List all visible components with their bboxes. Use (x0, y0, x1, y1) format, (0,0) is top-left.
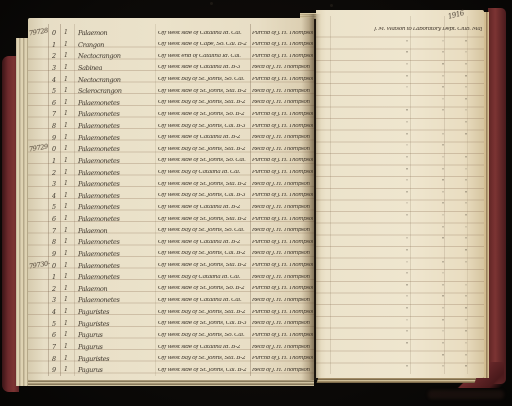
row-locality: Off west bay of St. Johns, So. Cal. (158, 333, 251, 339)
ditto-mark: " (442, 331, 444, 337)
row-locality: Off west side of Catalina Id. B-2 (158, 135, 251, 141)
row-count: 1 (64, 170, 67, 176)
ditto-mark: " (442, 169, 444, 175)
row-index: 1 (52, 274, 56, 280)
row-count: 1 (64, 181, 67, 187)
ditto-mark: " (406, 134, 408, 140)
row-count: 1 (64, 77, 67, 83)
ditto-mark: " (442, 227, 444, 233)
ditto-mark: " (406, 122, 408, 128)
row-species: Palaemonetes (78, 135, 120, 142)
row-count: 1 (64, 286, 67, 292)
row-index: 1 (52, 42, 56, 48)
ditto-mark: " (442, 87, 444, 93)
row-species: Palaemonetes (78, 100, 120, 107)
ditto-mark: " (442, 145, 444, 151)
row-species: Nectocrangon (78, 76, 121, 83)
ditto-mark: " (406, 87, 408, 93)
row-count: 1 (64, 146, 67, 152)
row-count: 1 (64, 263, 67, 269)
ledger-left-page: 7972801PalaemonOff west side of Catalina… (28, 18, 314, 380)
ditto-mark: " (406, 285, 408, 291)
row-locality: Off west bay of St. Johns, So. Cal. (158, 228, 251, 234)
row-count: 1 (64, 309, 67, 315)
ditto-mark: " (465, 76, 467, 82)
row-index: 8 (52, 239, 56, 245)
ditto-mark: " (406, 215, 408, 221)
ditto-mark: " (442, 355, 444, 361)
book-cover-right-edge (488, 8, 506, 384)
ditto-mark: " (465, 122, 467, 128)
row-species: Palaemonetes (78, 111, 120, 118)
row-index: 9 (52, 367, 56, 373)
row-species: Paguristes (78, 321, 109, 328)
ditto-mark: " (442, 64, 444, 70)
row-index: 9 (52, 135, 56, 141)
ditto-mark: " (465, 215, 467, 221)
row-locality: Off west side of St. Johns, So. B-2 (158, 286, 251, 292)
row-index: 6 (52, 332, 56, 338)
ditto-mark: " (465, 64, 467, 70)
row-species: Palaemonetes (78, 123, 120, 130)
ditto-mark: " (406, 308, 408, 314)
ditto-mark: " (442, 180, 444, 186)
ditto-mark: " (442, 285, 444, 291)
row-count: 1 (64, 123, 67, 129)
row-index: 5 (52, 321, 56, 327)
row-species: Palaemonetes (78, 158, 120, 165)
row-count: 1 (64, 100, 67, 106)
row-locality: Off west side of Cape, So. Cal. B-2 (158, 42, 251, 48)
row-species: Palaemonetes (78, 262, 120, 269)
row-count: 1 (64, 111, 67, 117)
ditto-mark: " (442, 262, 444, 268)
ditto-mark: " (465, 110, 467, 116)
ditto-mark: " (465, 238, 467, 244)
row-species: Sabinea (78, 65, 102, 72)
catalog-group-number: 79728 (29, 28, 49, 37)
row-count: 1 (64, 135, 67, 141)
ditto-mark: " (406, 331, 408, 337)
row-index: 0 (52, 30, 56, 36)
row-index: 1 (52, 158, 56, 164)
ditto-mark: " (442, 41, 444, 47)
ditto-mark: " (406, 250, 408, 256)
row-count: 1 (64, 332, 67, 338)
row-count: 1 (64, 251, 67, 257)
ditto-mark: " (465, 320, 467, 326)
row-index: 5 (52, 204, 56, 210)
ditto-mark: " (406, 262, 408, 268)
row-index: 7 (52, 228, 56, 234)
row-index: 3 (52, 181, 56, 187)
ditto-mark: " (465, 192, 467, 198)
row-index: 2 (52, 53, 56, 59)
row-index: 6 (52, 216, 56, 222)
row-locality: Off west side of Catalina Id. Cal. (158, 298, 251, 304)
row-locality: Off west side of St. Johns, Sta. B-2 (158, 89, 251, 95)
ditto-mark: " (442, 192, 444, 198)
row-species: Paguristes (78, 356, 109, 363)
row-locality: Off west bay of Catalina Id. Cal. (158, 170, 251, 176)
book-gutter-shadow (301, 14, 321, 380)
row-index: 7 (52, 111, 56, 117)
ditto-mark: " (465, 366, 467, 372)
ditto-mark: " (406, 145, 408, 151)
ditto-mark: " (406, 52, 408, 58)
row-index: 4 (52, 309, 56, 315)
row-species: Palaemonetes (78, 193, 120, 200)
catalog-group-number: 79729 (29, 144, 49, 153)
ditto-mark: " (465, 87, 467, 93)
ditto-mark: " (442, 76, 444, 82)
register-entries: 7972801PalaemonOff west side of Catalina… (28, 18, 314, 380)
row-locality: Off west side of St. Johns, Sta. B-2 (158, 182, 251, 188)
row-species: Crangon (78, 42, 104, 49)
ditto-mark: " (406, 169, 408, 175)
ditto-mark: " (442, 273, 444, 279)
row-locality: Off west side of St. Johns, So. Cal. (158, 158, 251, 164)
row-locality: Off west side of Catalina Id. B-2 (158, 205, 251, 211)
ditto-mark: " (406, 203, 408, 209)
ditto-mark: " (406, 366, 408, 372)
row-locality: Off west bay of St. Johns, Sta. B-2 (158, 100, 251, 106)
ditto-mark: " (442, 215, 444, 221)
row-count: 1 (64, 88, 67, 94)
row-locality: Off west bay of St. Johns, So. Cal. (158, 77, 251, 83)
row-species: Palaemonetes (78, 181, 120, 188)
row-count: 1 (64, 193, 67, 199)
row-species: Palaemonetes (78, 146, 120, 153)
row-species: Palaemonetes (78, 204, 120, 211)
ditto-mark: " (406, 320, 408, 326)
ditto-mark: " (406, 273, 408, 279)
row-count: 1 (64, 30, 67, 36)
row-count: 1 (64, 53, 67, 59)
row-index: 4 (52, 193, 56, 199)
row-index: 9 (52, 251, 56, 257)
row-locality: Off west side of Catalina Id. B-2 (158, 345, 251, 351)
row-locality: Off west side of St. Johns, Cal. B-2 (158, 368, 251, 374)
row-locality: Off west side of St. Johns, So. B-2 (158, 112, 251, 118)
row-species: Palaemonetes (78, 239, 120, 246)
row-index: 3 (52, 65, 56, 71)
row-count: 1 (64, 297, 67, 303)
embossed-cover-mark (428, 390, 504, 399)
ditto-mark: " (465, 262, 467, 268)
row-species: Palaemonetes (78, 169, 120, 176)
row-count: 1 (64, 204, 67, 210)
ditto-mark: " (465, 99, 467, 105)
row-locality: Off west bay of St. Johns, Sta. B-2 (158, 147, 251, 153)
row-count: 1 (64, 344, 67, 350)
row-locality: Off west side of St. Johns, Cal. B-3 (158, 321, 251, 327)
row-locality: Off west bay of St. Johns, Sta. B-2 (158, 310, 251, 316)
photograph-of-ledger: 7972801PalaemonOff west side of Catalina… (0, 0, 512, 406)
row-count: 1 (64, 228, 67, 234)
ditto-mark: " (406, 343, 408, 349)
row-count: 1 (64, 65, 67, 71)
page-stack-bottom-left (28, 379, 314, 386)
row-species: Sclerocrangon (78, 88, 122, 95)
row-locality: Off west bay of St. Johns, Cal. B-3 (158, 193, 251, 199)
ditto-mark: " (406, 180, 408, 186)
ditto-mark: " (465, 343, 467, 349)
row-count: 1 (64, 216, 67, 222)
ditto-mark: " (442, 308, 444, 314)
ditto-marks-area: """"""""""""""""""""""""""""""""""""""""… (316, 10, 484, 378)
ditto-mark: " (465, 134, 467, 140)
row-species: Palaemon (78, 30, 107, 37)
row-species: Palaemonetes (78, 297, 120, 304)
ditto-mark: " (465, 180, 467, 186)
catalog-group-number: 79730- (29, 260, 51, 270)
row-index: 8 (52, 123, 56, 129)
ditto-mark: " (442, 296, 444, 302)
ditto-mark: " (465, 308, 467, 314)
row-species: Nectocrangon (78, 53, 121, 60)
ditto-mark: " (465, 41, 467, 47)
ditto-mark: " (406, 41, 408, 47)
dust-speck (210, 2, 213, 5)
row-index: 2 (52, 170, 56, 176)
row-species: Palaemonetes (78, 216, 120, 223)
ledger-right-page: 1916 J. M. Watson to Laboratory Dept. Cl… (316, 10, 484, 378)
ditto-mark: " (465, 250, 467, 256)
ditto-mark: " (442, 238, 444, 244)
ditto-mark: " (465, 296, 467, 302)
ditto-mark: " (442, 134, 444, 140)
row-index: 2 (52, 286, 56, 292)
row-locality: Off west side of St. Johns, Sta. B-2 (158, 263, 251, 269)
row-index: 7 (52, 344, 56, 350)
ditto-mark: " (465, 355, 467, 361)
row-index: 3 (52, 297, 56, 303)
ditto-mark: " (442, 320, 444, 326)
ditto-mark: " (406, 64, 408, 70)
ditto-mark: " (465, 52, 467, 58)
row-index: 0 (52, 263, 56, 269)
ditto-mark: " (406, 192, 408, 198)
row-locality: Off west bay of St. Johns, Sta. B-2 (158, 356, 251, 362)
row-index: 5 (52, 88, 56, 94)
row-count: 1 (64, 367, 67, 373)
ditto-mark: " (442, 157, 444, 163)
ditto-mark: " (465, 285, 467, 291)
row-locality: Off west side of Catalina Id. B-3 (158, 65, 251, 71)
ditto-mark: " (442, 343, 444, 349)
row-count: 1 (64, 239, 67, 245)
row-locality: Off west bay of St. Johns, Cal. B-2 (158, 251, 251, 257)
row-species: Paguristes (78, 309, 109, 316)
ditto-mark: " (442, 110, 444, 116)
ditto-mark: " (465, 169, 467, 175)
ditto-mark: " (442, 203, 444, 209)
ditto-mark: " (442, 99, 444, 105)
row-count: 1 (64, 274, 67, 280)
row-count: 1 (64, 42, 67, 48)
ditto-mark: " (465, 157, 467, 163)
row-species: Pagurus (78, 344, 103, 351)
ditto-mark: " (406, 76, 408, 82)
row-locality: Off west side of Catalina Id. B-2 (158, 240, 251, 246)
ditto-mark: " (406, 157, 408, 163)
ditto-mark: " (442, 366, 444, 372)
ditto-mark: " (406, 238, 408, 244)
row-index: 8 (52, 356, 56, 362)
ditto-mark: " (465, 331, 467, 337)
row-index: 6 (52, 100, 56, 106)
dust-speck (330, 4, 333, 7)
row-species: Palaemon (78, 228, 107, 235)
row-count: 1 (64, 356, 67, 362)
row-locality: Off west end of Catalina Id. Cal. (158, 54, 251, 60)
row-locality: Off west side of St. Johns, Sta. B-2 (158, 217, 251, 223)
row-index: 4 (52, 77, 56, 83)
row-species: Pagurus (78, 332, 103, 339)
ditto-mark: " (465, 227, 467, 233)
ditto-mark: " (442, 52, 444, 58)
ditto-mark: " (406, 296, 408, 302)
row-species: Palaemonetes (78, 274, 120, 281)
ditto-mark: " (465, 203, 467, 209)
row-count: 1 (64, 321, 67, 327)
row-index: 0 (52, 146, 56, 152)
row-species: Palaemonetes (78, 251, 120, 258)
row-count: 1 (64, 158, 67, 164)
row-species: Palaemon (78, 286, 107, 293)
ditto-mark: " (406, 110, 408, 116)
row-locality: Off west side of Catalina Id. Cal. (158, 31, 251, 37)
row-locality: Off west bay of Catalina Id. Cal. (158, 275, 251, 281)
row-locality: Off west bay of St. Johns, Cal. B-3 (158, 124, 251, 130)
row-species: Pagurus (78, 367, 103, 374)
